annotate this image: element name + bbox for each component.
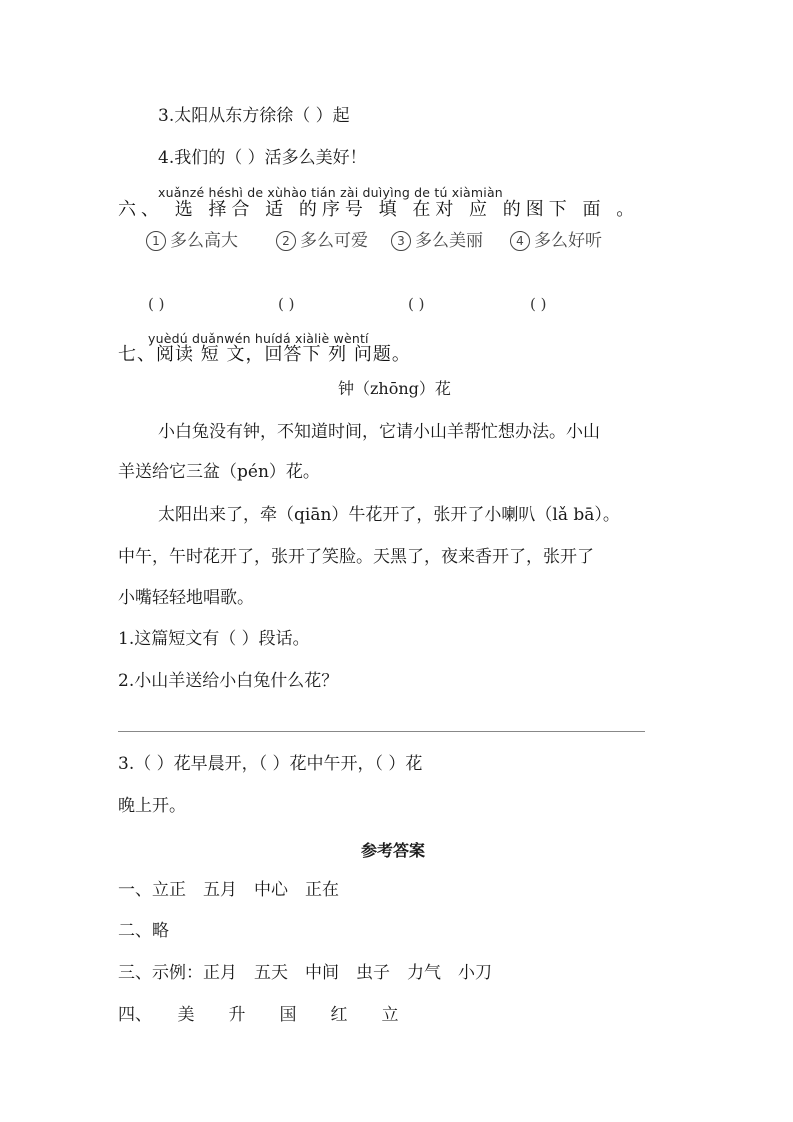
question-7-2: 2.小山羊送给小白兔什么花？: [118, 670, 338, 692]
circled-number-3: 3: [391, 231, 411, 251]
answer-blank-1[interactable]: ( ): [148, 294, 164, 314]
question-7-1: 1.这篇短文有（ ）段话。: [118, 628, 310, 650]
story-title: 钟（zhōng）花: [338, 378, 451, 400]
option-2: 2多么可爱: [276, 230, 368, 252]
option-text: 多么美丽: [415, 231, 483, 251]
answer-2: 二、略: [118, 920, 169, 942]
paragraph-1-line-2: 羊送给它三盆（pén）花。: [118, 461, 320, 483]
circled-number-4: 4: [510, 231, 530, 251]
paragraph-2-line-1: 太阳出来了，牵（qiān）牛花开了，张开了小喇叭（lǎ bā）。: [158, 504, 620, 526]
question-5-3: 3.太阳从东方徐徐（ ）起: [158, 105, 350, 127]
question-5-4: 4.我们的（ ）活多么美好！: [158, 147, 367, 169]
option-text: 多么好听: [534, 231, 602, 251]
answer-blank-4[interactable]: ( ): [530, 294, 546, 314]
paragraph-2-line-3: 小嘴轻轻地唱歌。: [118, 587, 254, 609]
answer-line[interactable]: [118, 731, 645, 732]
option-text: 多么高大: [170, 231, 238, 251]
section-6-heading: 六、 选 择合 适 的序号 填 在对 应 的图下 面 。: [118, 199, 639, 221]
answer-3: 三、示例：正月 五天 中间 虫子 力气 小刀: [118, 962, 492, 984]
circled-number-2: 2: [276, 231, 296, 251]
answer-1: 一、立正 五月 中心 正在: [118, 879, 339, 901]
answers-title: 参考答案: [361, 838, 425, 861]
question-7-3-line-1: 3.（ ）花早晨开，（ ）花中午开，（ ）花: [118, 753, 422, 775]
option-text: 多么可爱: [300, 231, 368, 251]
option-1: 1多么高大: [146, 230, 238, 252]
answer-4: 四、 美 升 国 红 立: [118, 1004, 399, 1026]
question-7-3-line-2: 晚上开。: [118, 795, 186, 817]
paragraph-2-line-2: 中午，午时花开了，张开了笑脸。天黑了，夜来香开了，张开了: [118, 546, 594, 568]
paragraph-1-line-1: 小白兔没有钟，不知道时间，它请小山羊帮忙想办法。小山: [158, 421, 600, 443]
section-7-heading: 七、阅读 短 文，回答下 列 问题。: [118, 344, 411, 366]
answer-blank-3[interactable]: ( ): [408, 294, 424, 314]
answer-blank-2[interactable]: ( ): [278, 294, 294, 314]
option-4: 4多么好听: [510, 230, 602, 252]
section-6-pinyin: xuǎnzé héshì de xùhào tián zài duìyìng d…: [158, 186, 503, 200]
circled-number-1: 1: [146, 231, 166, 251]
option-3: 3多么美丽: [391, 230, 483, 252]
